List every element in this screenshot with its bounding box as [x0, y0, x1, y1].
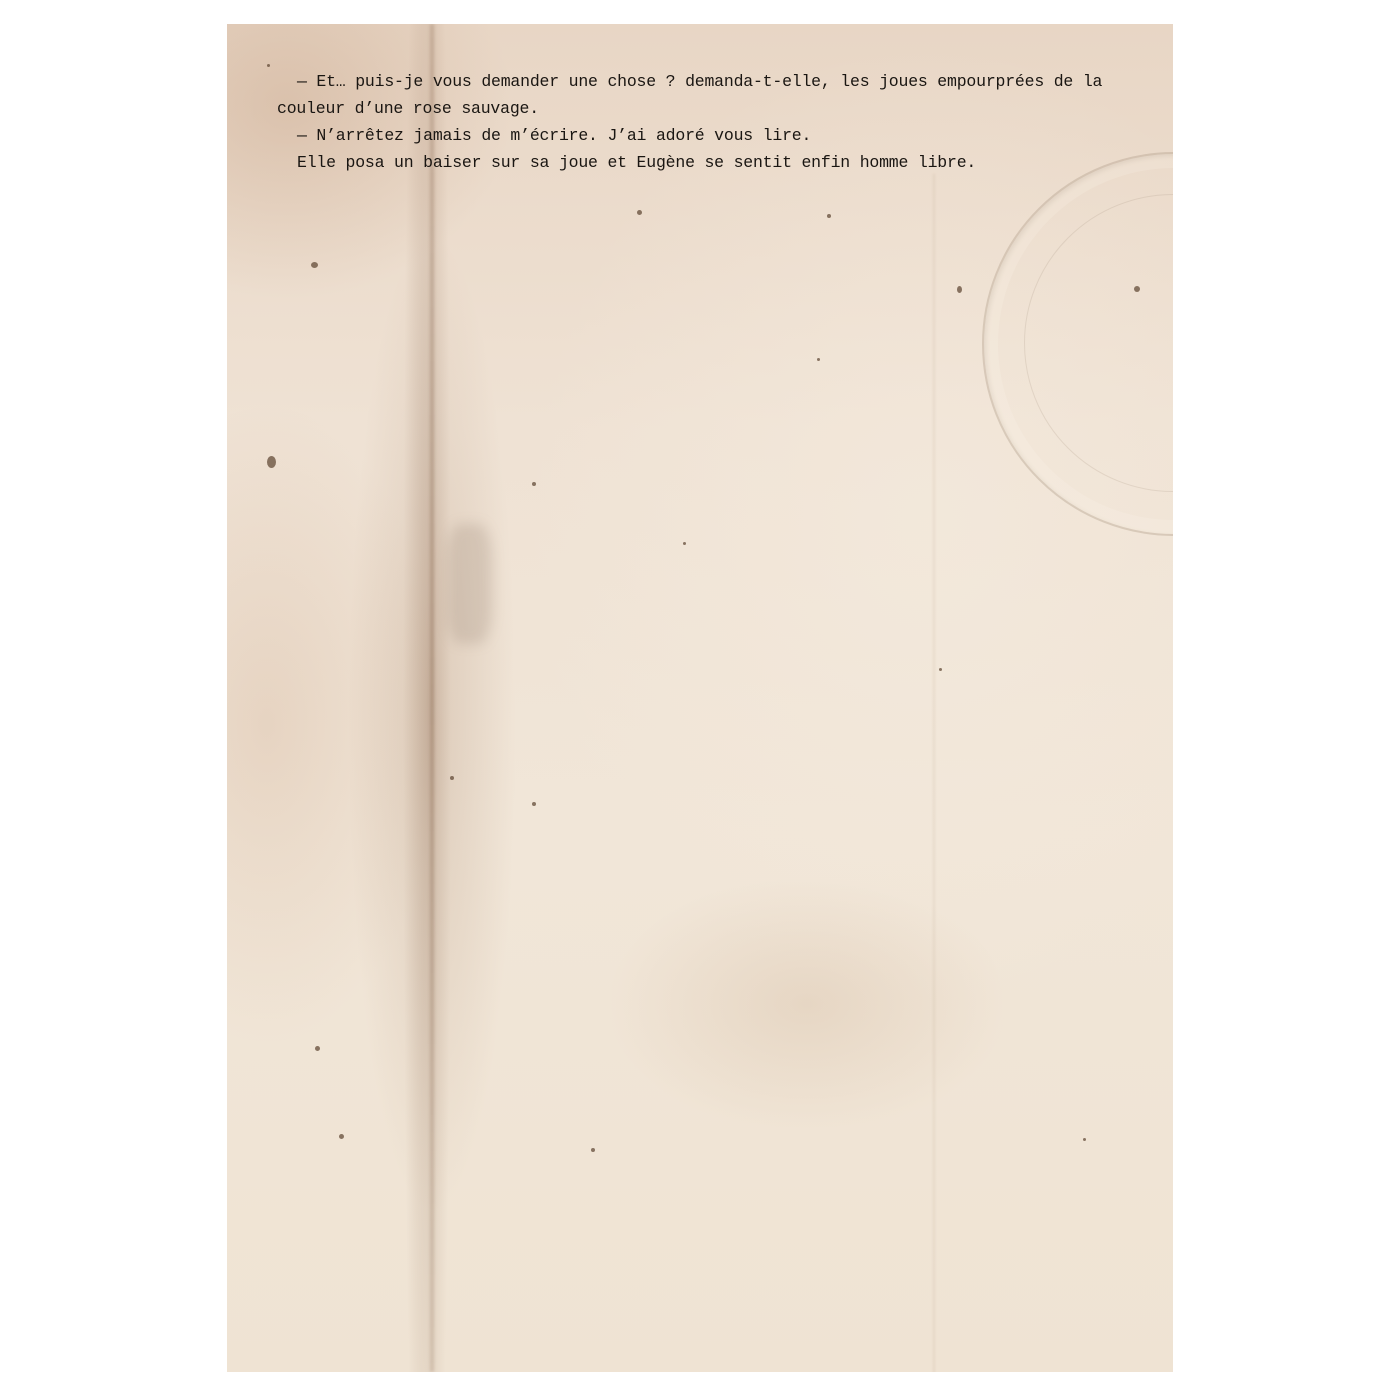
vertical-fold-stain — [430, 24, 434, 1372]
paper-speck — [532, 482, 536, 486]
paper-speck — [637, 210, 642, 215]
faint-fold-line — [933, 174, 935, 1372]
paper-speck — [1083, 1138, 1086, 1141]
paragraph-narration: Elle posa un baiser sur sa joue et Eugèn… — [277, 149, 1147, 176]
paper-speck — [311, 262, 318, 268]
paper-speck — [339, 1134, 344, 1139]
paper-speck — [591, 1148, 595, 1152]
paper-speck — [683, 542, 686, 545]
paragraph-dialogue-question: — Et… puis-je vous demander une chose ? … — [277, 68, 1147, 122]
aged-paper-page: — Et… puis-je vous demander une chose ? … — [227, 24, 1173, 1372]
paper-speck — [957, 286, 962, 293]
paper-speck — [450, 776, 454, 780]
paper-speck — [939, 668, 942, 671]
paper-speck — [1134, 286, 1140, 292]
paragraph-dialogue-reply: — N’arrêtez jamais de m’écrire. J’ai ado… — [277, 122, 1147, 149]
paper-smudge — [447, 524, 492, 644]
paper-speck — [267, 64, 270, 67]
paper-speck — [267, 456, 276, 468]
paper-speck — [532, 802, 536, 806]
seal-inner-ring — [1024, 194, 1173, 492]
paper-speck — [827, 214, 831, 218]
embossed-seal-icon — [982, 152, 1173, 536]
paper-speck — [315, 1046, 320, 1051]
paper-speck — [817, 358, 820, 361]
letter-text: — Et… puis-je vous demander une chose ? … — [277, 68, 1147, 176]
